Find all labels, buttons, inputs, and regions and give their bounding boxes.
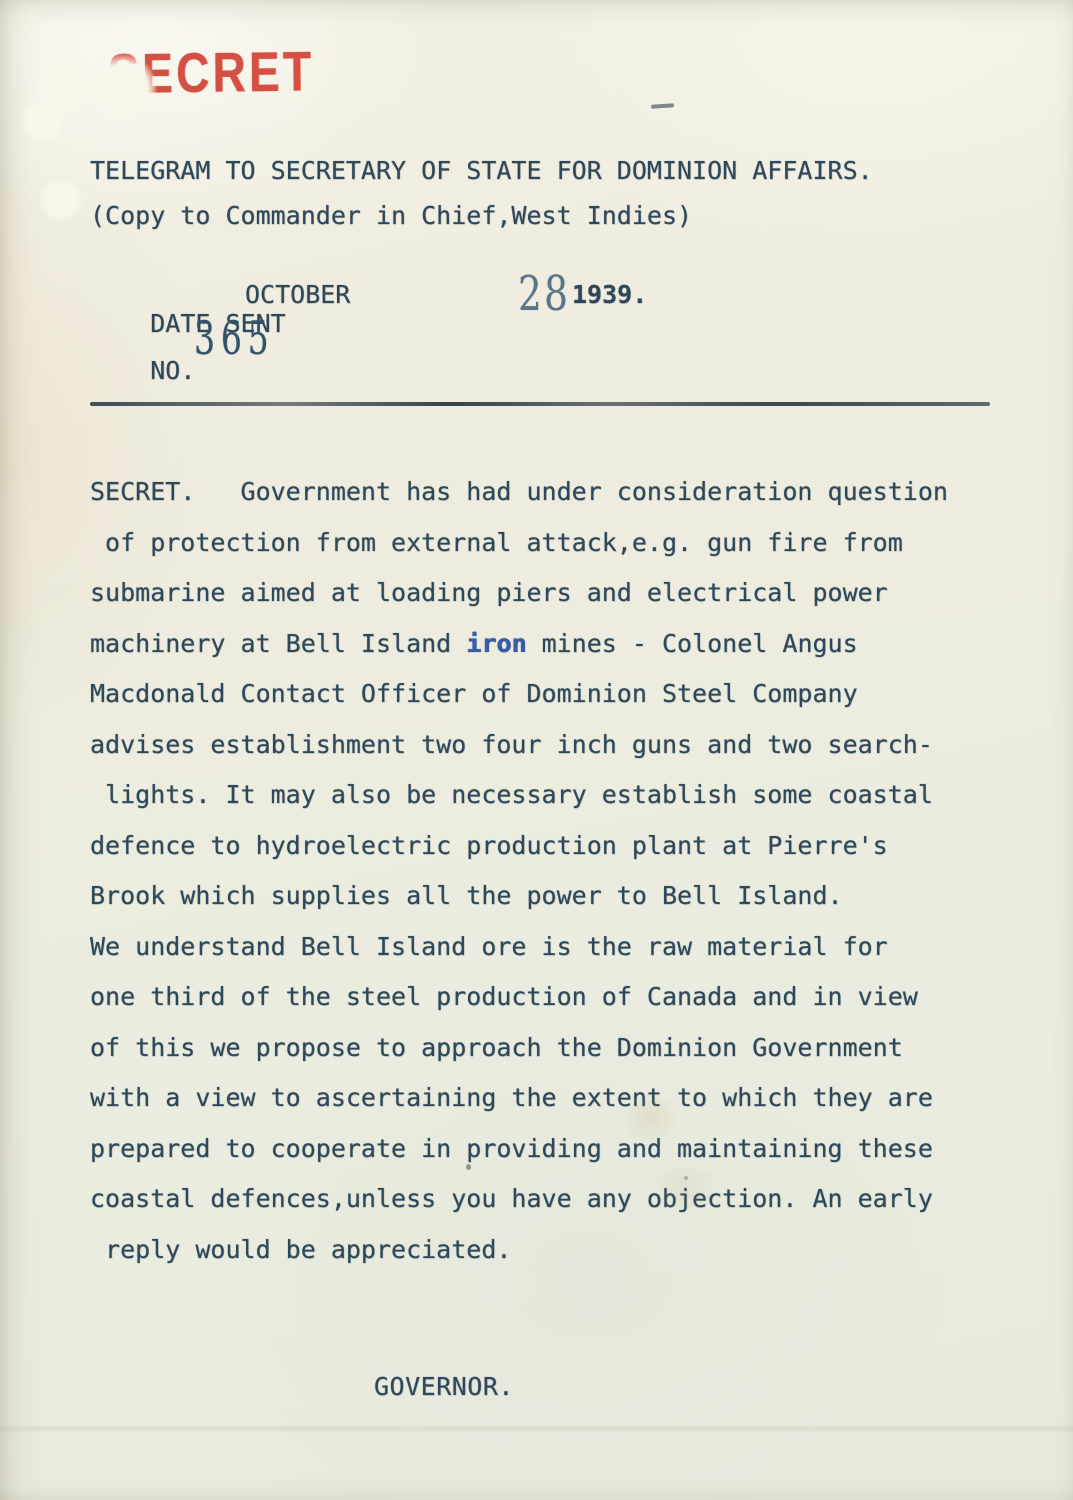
body-line: of this we propose to approach the Domin…	[90, 1023, 948, 1074]
body-line: one third of the steel production of Can…	[90, 972, 948, 1023]
body-line: of protection from external attack,e.g. …	[90, 518, 948, 569]
body-line: We understand Bell Island ore is the raw…	[90, 922, 948, 973]
body-line: Macdonald Contact Officer of Dominion St…	[90, 669, 948, 720]
body-line: reply would be appreciated.	[90, 1225, 948, 1276]
whiteout-mark	[90, 54, 156, 124]
date-month: OCTOBER	[245, 280, 350, 309]
document-subtitle: (Copy to Commander in Chief,West Indies)	[90, 201, 692, 230]
paper-stain	[615, 1095, 685, 1141]
whiteout-mark	[38, 180, 84, 220]
document-title: TELEGRAM TO SECRETARY OF STATE FOR DOMIN…	[90, 156, 873, 185]
pen-mark	[651, 103, 674, 108]
body-line: with a view to ascertaining the extent t…	[90, 1073, 948, 1124]
body-line: Brook which supplies all the power to Be…	[90, 871, 948, 922]
paper-crease	[0, 1424, 1073, 1433]
whiteout-mark	[20, 100, 66, 142]
paper-stain	[640, 1168, 730, 1208]
telegram-body: SECRET. Government has had under conside…	[90, 467, 948, 1275]
body-line: machinery at Bell Island iron mines - Co…	[90, 619, 948, 670]
signature: GOVERNOR.	[374, 1372, 514, 1401]
emphasized-word-iron: iron	[466, 629, 526, 658]
telegram-number-row: NO. 365	[90, 327, 195, 443]
telegram-document: SECRET TELEGRAM TO SECRETARY OF STATE FO…	[0, 0, 1073, 1500]
telegram-number-stamp: 365	[194, 315, 275, 361]
body-line: advises establishment two four inch guns…	[90, 720, 948, 771]
body-line: coastal defences,unless you have any obj…	[90, 1174, 948, 1225]
number-label: NO.	[150, 356, 195, 385]
date-day-stamp: 28	[518, 270, 570, 318]
ink-speck	[466, 1164, 471, 1170]
body-line: lights. It may also be necessary establi…	[90, 770, 948, 821]
date-year: 1939.	[572, 280, 647, 309]
body-line: submarine aimed at loading piers and ele…	[90, 568, 948, 619]
body-line: prepared to cooperate in providing and m…	[90, 1124, 948, 1175]
horizontal-rule	[90, 402, 990, 406]
body-line: defence to hydroelectric production plan…	[90, 821, 948, 872]
body-line: SECRET. Government has had under conside…	[90, 467, 948, 518]
